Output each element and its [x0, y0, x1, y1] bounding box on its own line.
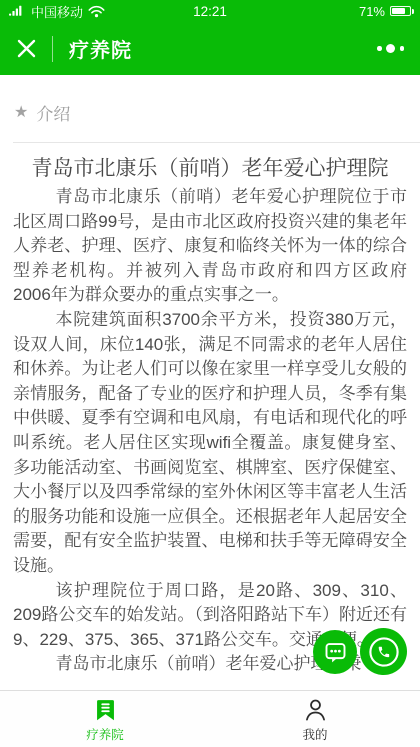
tab-label: 我的 [302, 725, 327, 743]
tab-label: 疗养院 [86, 725, 124, 743]
tab-sanatorium[interactable]: 疗养院 [0, 691, 210, 747]
page-title: 疗养院 [69, 34, 132, 63]
nav-bar: 疗养院 [0, 22, 420, 75]
star-icon: ★ [14, 105, 28, 121]
status-time: 12:21 [0, 4, 420, 19]
article-paragraph: 本院建筑面积3700余平方米，投资380万元，设双人间，床位140张，满足不同需… [13, 308, 407, 579]
article-content: ★ 介绍 青岛市北康乐（前哨）老年爱心护理院 青岛市北康乐（前哨）老年爱心护理院… [0, 75, 420, 690]
tab-bar: 疗养院 我的 [0, 690, 420, 747]
person-icon [303, 697, 328, 723]
more-menu-icon[interactable] [377, 44, 404, 53]
article-paragraph: 青岛市北康乐（前哨）老年爱心护理院位于市北区周口路99号，是由市北区政府投资兴建… [13, 185, 407, 308]
phone-icon [367, 635, 401, 669]
battery-fill [392, 8, 405, 14]
article-body: 青岛市北康乐（前哨）老年爱心护理院位于市北区周口路99号，是由市北区政府投资兴建… [13, 185, 407, 677]
call-button[interactable] [360, 628, 407, 675]
article-title: 青岛市北康乐（前哨）老年爱心护理院 [13, 154, 407, 184]
status-bar: 12:21 中国移动 71% [0, 0, 420, 22]
close-icon[interactable] [16, 38, 37, 59]
chat-bubble-icon [322, 639, 349, 666]
bookmark-list-icon [93, 697, 118, 723]
nav-divider [52, 36, 53, 62]
feedback-chat-button[interactable] [313, 630, 357, 674]
battery-percent: 71% [359, 4, 385, 19]
tab-mine[interactable]: 我的 [210, 691, 420, 747]
section-divider [13, 142, 420, 143]
section-label: 介绍 [36, 100, 70, 125]
section-header: ★ 介绍 [14, 100, 406, 125]
app-window: 12:21 中国移动 71% 疗养院 [0, 0, 420, 747]
battery-icon [390, 6, 411, 16]
